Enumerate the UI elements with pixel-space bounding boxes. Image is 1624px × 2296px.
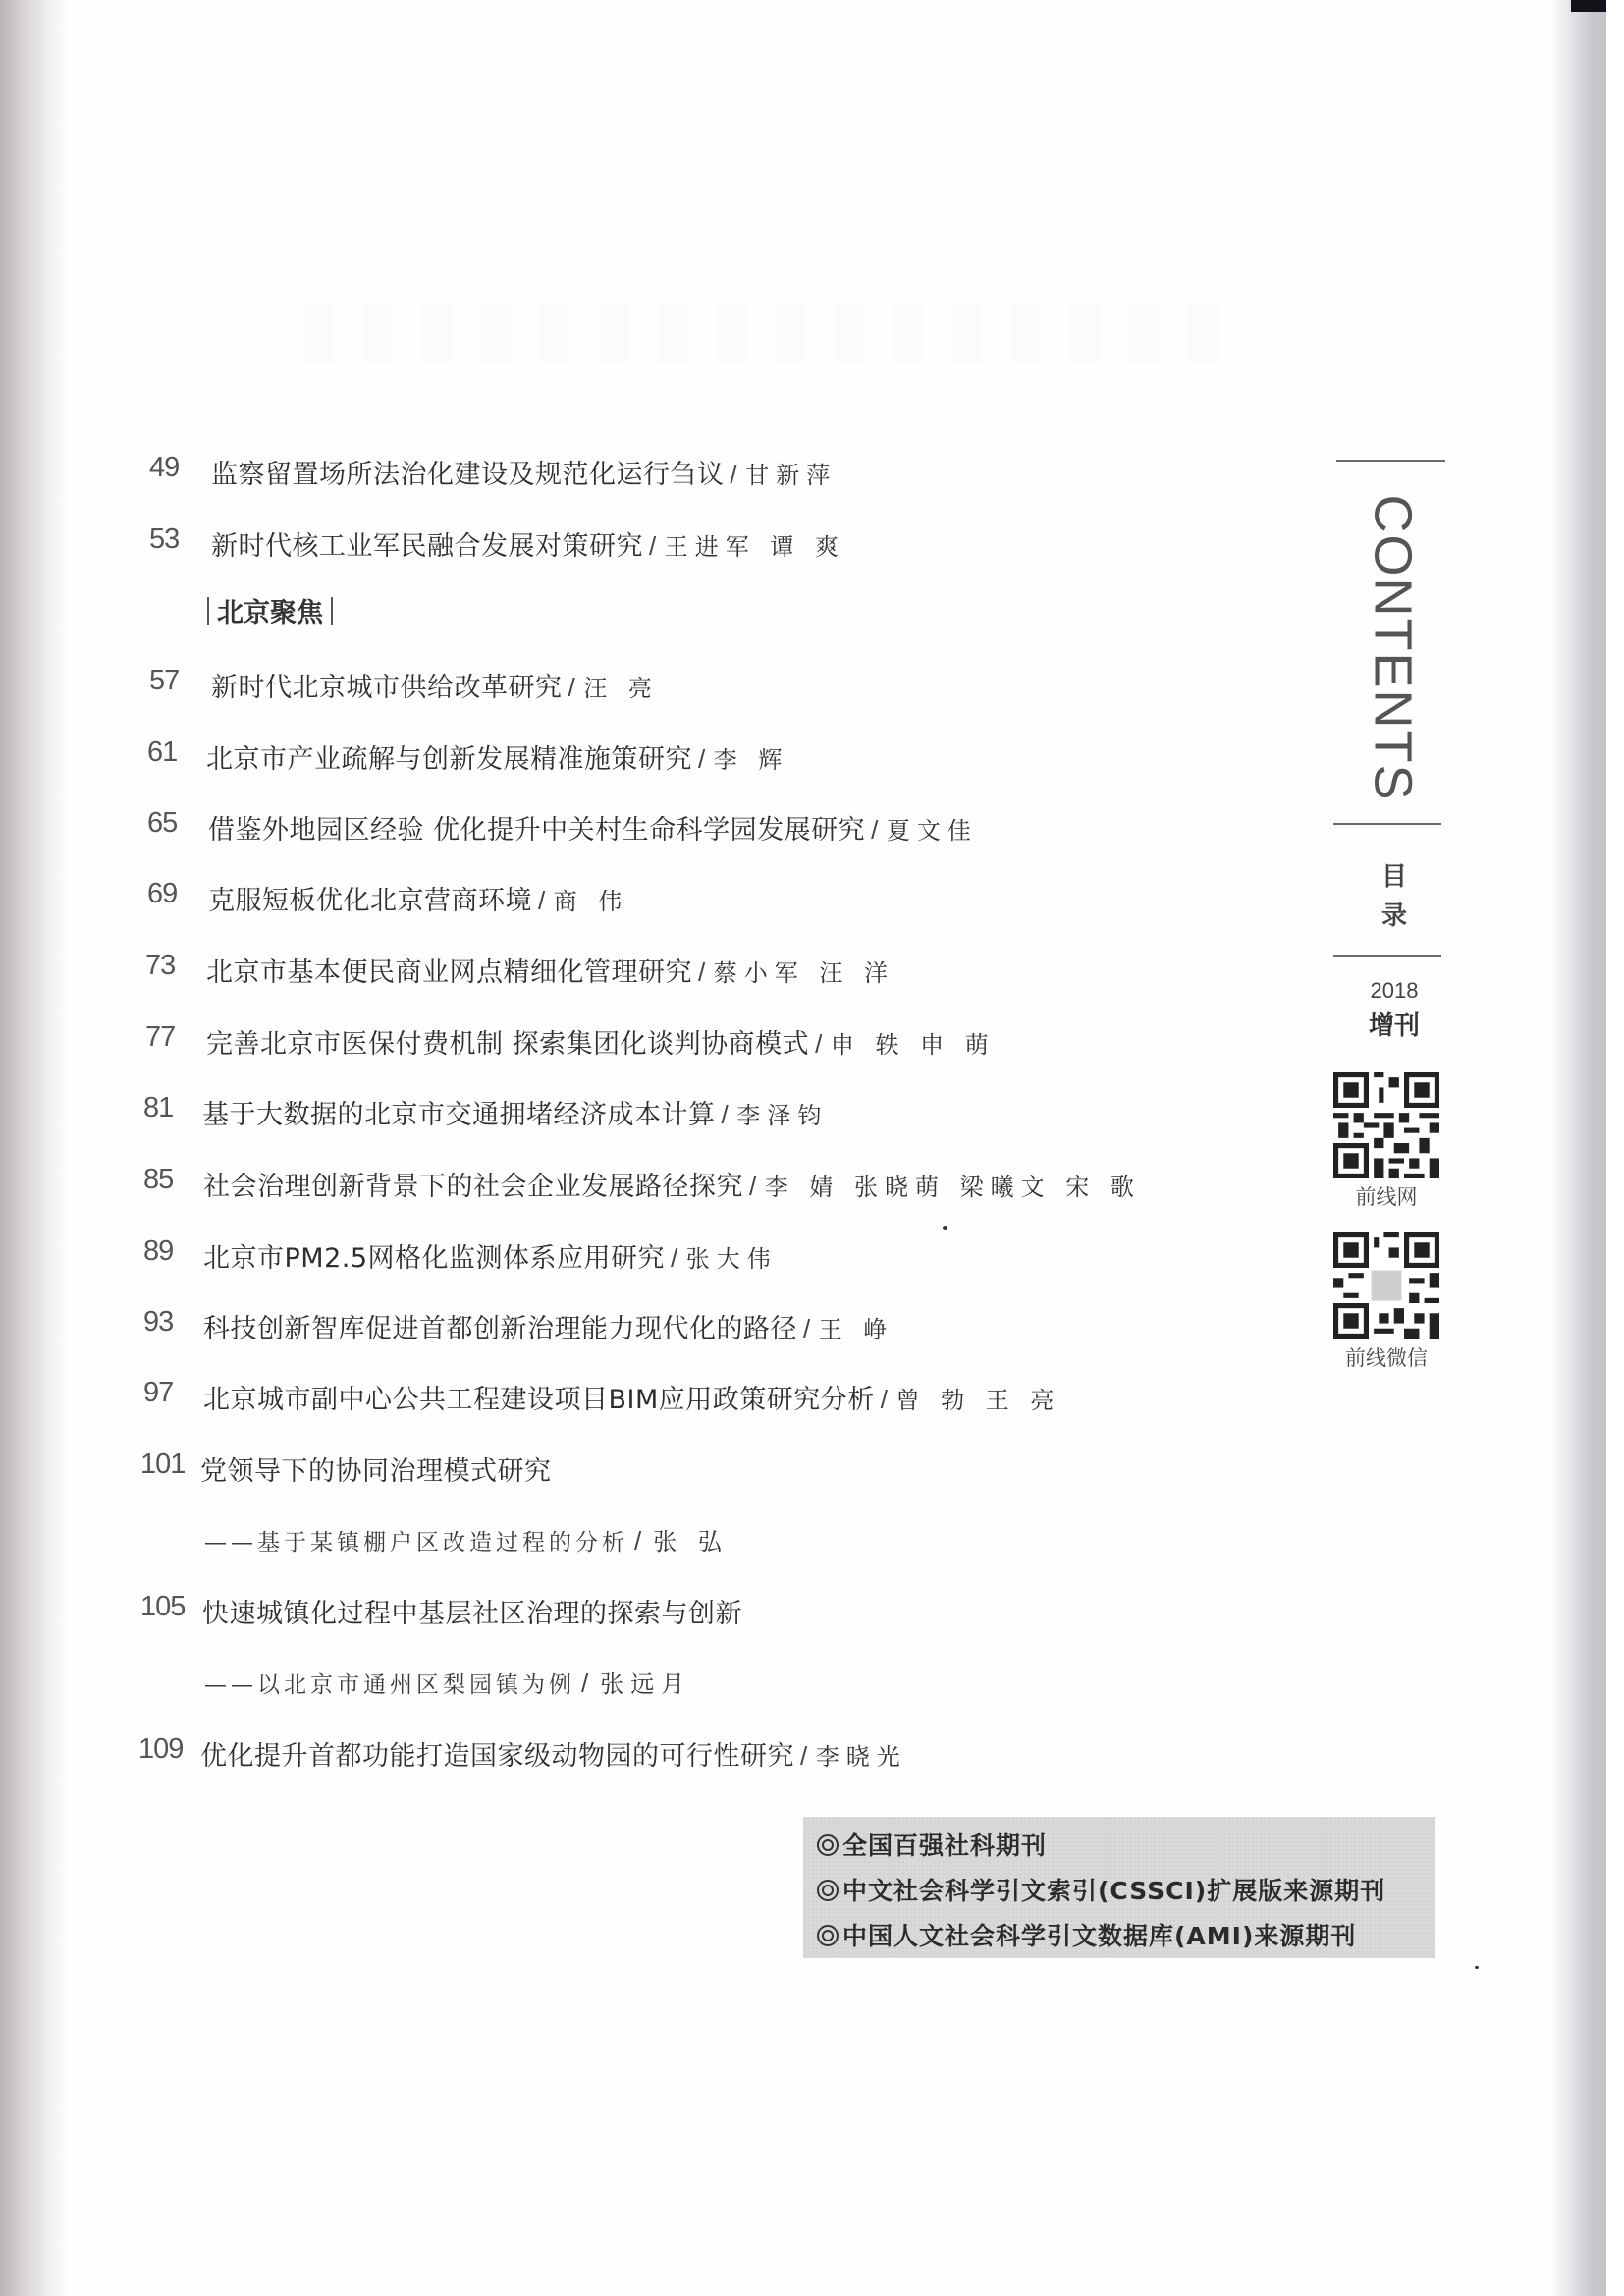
article-title: 党领导下的协同治理模式研究 [200,1449,552,1488]
credential-item: 全国百强社科期刊 [817,1827,1047,1862]
double-circle-icon [817,1834,839,1856]
article-title: 科技创新智库促进首都创新治理能力现代化的路径/王 峥 [203,1307,893,1345]
article-title: 完善北京市医保付费机制 探索集团化谈判协商模式/申 轶 申 萌 [206,1022,996,1061]
scan-corner-artifact [1571,0,1606,12]
page-number: 73 [145,950,175,982]
article-title: 克服短板优化北京营商环境/商 伟 [208,879,628,917]
article-subtitle: ——基于某镇棚户区改造过程的分析/张 弘 [204,1522,729,1557]
article-author: 蔡小军 汪 洋 [714,959,894,987]
page-number: 69 [147,878,177,910]
scan-speck [943,1226,947,1230]
mulu-char: 目 [1375,856,1414,893]
page-number: 57 [149,665,179,697]
page-number: 105 [140,1591,185,1623]
divider [1333,823,1441,825]
article-author: 汪 亮 [583,675,659,702]
article-author: 曾 勃 王 亮 [896,1387,1061,1414]
page-number: 61 [147,737,177,769]
double-circle-icon [817,1880,839,1901]
article-title: 北京市产业疏解与创新发展精准施策研究/李 辉 [206,738,788,776]
article-title: 基于大数据的北京市交通拥堵经济成本计算/李泽钧 [202,1093,828,1131]
page-number: 97 [143,1377,173,1409]
qr-label: 前线微信 [1327,1342,1445,1372]
credential-item: 中国人文社会科学引文数据库(AMI)来源期刊 [817,1917,1356,1952]
article-title: 快速城镇化过程中基层社区治理的探索与创新 [202,1592,742,1630]
article-title: 社会治理创新背景下的社会企业发展路径探究/李 婧 张晓萌 梁曦文 宋 歌 [203,1165,1141,1203]
article-author: 李泽钧 [736,1102,828,1129]
article-author: 夏文佳 [887,817,978,845]
page-number: 101 [140,1449,185,1481]
page-number: 85 [143,1164,173,1196]
section-bar-right [331,597,333,625]
article-author: 李 辉 [714,746,789,774]
article-author: 张 弘 [653,1528,729,1556]
show-through-text [304,304,1247,363]
page-number: 93 [143,1306,173,1339]
article-title: 借鉴外地园区经验 优化提升中关村生命科学园发展研究/夏文佳 [208,808,978,847]
article-title: 新时代北京城市供给改革研究/汪 亮 [211,666,659,704]
divider [1333,955,1441,957]
issue-year: 2018 [1355,978,1434,1004]
article-author: 张远月 [600,1670,691,1698]
page-number: 49 [149,452,179,484]
page-number: 65 [147,807,177,840]
section-bar-left [207,597,209,625]
divider [1336,460,1445,462]
section-header: 北京聚焦 [199,591,341,629]
article-author: 李 婧 张晓萌 梁曦文 宋 歌 [765,1174,1141,1201]
article-title: 北京市PM2.5网格化监测体系应用研究/张大伟 [203,1236,778,1275]
issue-type: 增刊 [1355,1006,1434,1042]
article-subtitle: ——以北京市通州区梨园镇为例/张远月 [204,1665,691,1699]
page-number: 53 [149,523,179,556]
article-author: 王 峥 [819,1316,894,1343]
page-number: 89 [143,1235,173,1268]
article-author: 李晓光 [816,1743,907,1771]
article-author: 甘新萍 [745,462,837,489]
article-title: 优化提升首都功能打造国家级动物园的可行性研究/李晓光 [200,1734,907,1773]
article-title: 北京市基本便民商业网点精细化管理研究/蔡小军 汪 洋 [206,951,894,989]
page-number: 109 [138,1733,183,1766]
qr-code-icon[interactable] [1333,1232,1439,1339]
scan-speck [1475,1966,1479,1969]
article-title: 新时代核工业军民融合发展对策研究/王进军 谭 爽 [211,524,845,563]
article-author: 商 伟 [554,888,629,915]
mulu-char: 录 [1375,896,1414,932]
article-author: 申 轶 申 萌 [831,1031,996,1059]
qr-label: 前线网 [1327,1181,1445,1211]
scan-margin [1606,0,1624,2296]
credential-item: 中文社会科学引文索引(CSSCI)扩展版来源期刊 [817,1872,1385,1907]
page-number: 81 [143,1092,173,1124]
qr-code-icon[interactable] [1333,1072,1439,1178]
article-title: 监察留置场所法治化建设及规范化运行刍议/甘新萍 [211,453,837,491]
page-gutter-shadow [0,0,69,2296]
section-header-label: 北京聚焦 [217,591,323,629]
article-author: 张大伟 [686,1245,778,1273]
page-number: 77 [145,1021,175,1054]
article-author: 王进军 谭 爽 [665,533,845,561]
contents-label: CONTENTS [1363,491,1422,805]
double-circle-icon [817,1925,839,1946]
article-title: 北京城市副中心公共工程建设项目BIM应用政策研究分析/曾 勃 王 亮 [203,1378,1060,1416]
journal-credentials: 全国百强社科期刊 中文社会科学引文索引(CSSCI)扩展版来源期刊 中国人文社会… [803,1817,1435,1958]
